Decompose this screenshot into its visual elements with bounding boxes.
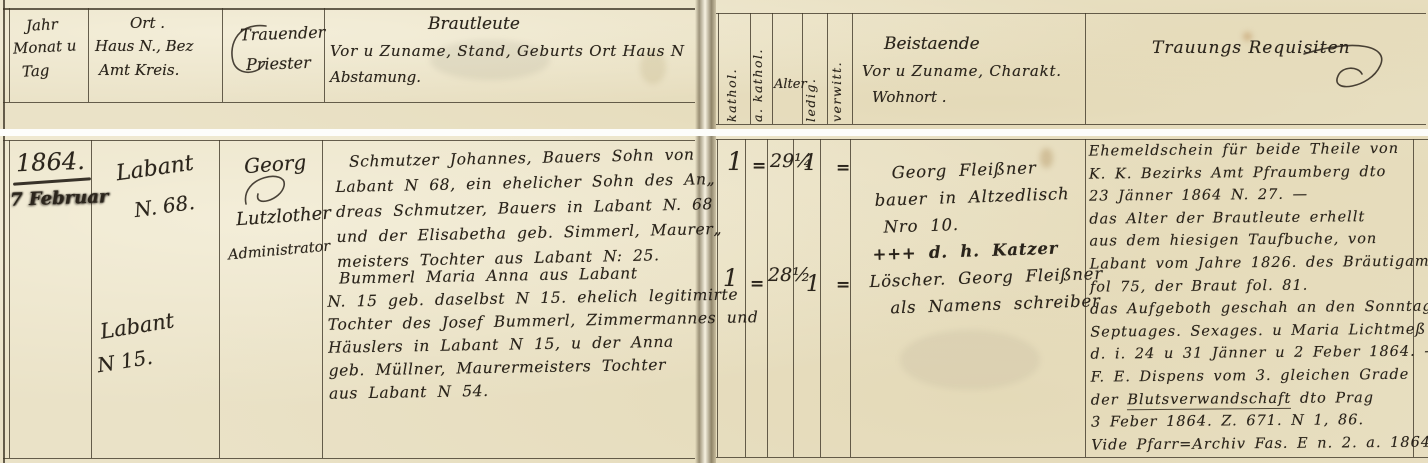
- requisites-line: F. E. Dispens vom 3. gleichen Grade: [1091, 363, 1428, 389]
- requisites-line: 23 Jänner 1864 N. 27. —: [1089, 183, 1428, 209]
- header-couple-title: Brautleute: [428, 16, 520, 33]
- flourish-icon: [1300, 36, 1396, 100]
- table-rule: [88, 8, 89, 102]
- header-witnesses-line2: Wohnort .: [872, 90, 947, 105]
- table-rule: [1085, 13, 1086, 124]
- requisites-line: K. K. Bezirks Amt Pfraumberg dto: [1089, 160, 1428, 186]
- register-scan: Jahr Monat u Tag Ort . Haus N., Bez Amt …: [0, 0, 1428, 463]
- header-place-line2: Haus N., Bez: [95, 39, 193, 54]
- header-couple-line1: Vor u Zuname, Stand, Geburts Ort Haus N: [330, 44, 685, 59]
- requisites-line: aus dem hiesigen Taufbuche, von: [1089, 228, 1428, 254]
- requisites-line: Labant vom Jahre 1826. des Bräutigams: [1090, 250, 1428, 276]
- header-priest-line1: Trauender: [240, 25, 326, 44]
- header-ledig: ledig.: [803, 52, 818, 122]
- table-rule: [718, 13, 719, 124]
- groom-verwittwet-mark: =: [836, 160, 850, 177]
- entry-year: 1864.: [16, 149, 86, 175]
- bride-ledig-mark: 1: [806, 274, 820, 296]
- table-rule: [3, 8, 695, 10]
- requisites-line: das Aufgeboth geschah an den Sonntagen: [1090, 296, 1428, 322]
- table-rule: [716, 13, 1426, 14]
- requisites-entry: Ehemeldschein für beide Theile von K. K.…: [1089, 137, 1428, 456]
- table-rule: [3, 458, 695, 459]
- requisites-line: d. i. 24 u 31 Jänner u 2 Feber 1864. —: [1090, 341, 1428, 367]
- header-akatholisch: a. kathol.: [750, 28, 765, 122]
- header-date-line3: Tag: [22, 63, 50, 79]
- header-witnesses-line1: Vor u Zuname, Charakt.: [862, 64, 1062, 79]
- requisites-line: das Alter der Brautleute erhellt: [1089, 205, 1428, 231]
- table-rule: [219, 140, 220, 458]
- paper-stain: [900, 330, 1040, 390]
- table-rule: [716, 457, 1428, 458]
- requisites-line: 3 Feber 1864. Z. 671. N 1, 86.: [1091, 409, 1428, 435]
- entry-day: 7 Februar: [10, 188, 109, 209]
- header-date-line1: Jahr: [26, 17, 59, 34]
- table-rule: [850, 139, 851, 457]
- requisites-line: Ehemeldschein für beide Theile von: [1089, 137, 1428, 163]
- groom-akatholisch-mark: =: [752, 158, 766, 175]
- witnesses-entry: Georg Fleißner bauer in Altzedlisch Nro …: [869, 152, 1104, 322]
- table-rule: [827, 13, 828, 124]
- header-date-line2: Monat u: [13, 38, 77, 56]
- header-witnesses-title: Beistaende: [884, 36, 980, 53]
- table-rule: [772, 13, 773, 124]
- table-rule: [3, 0, 5, 129]
- bride-akatholisch-mark: =: [750, 276, 764, 293]
- header-couple-line2: Abstamung.: [330, 70, 421, 85]
- table-rule: [322, 140, 323, 458]
- bride-age: 28½: [768, 266, 811, 285]
- groom-entry: Schmutzer Johannes, Bauers Sohn von Laba…: [335, 142, 723, 275]
- table-rule: [793, 139, 794, 457]
- table-rule: [9, 8, 10, 102]
- header-verwittwet: verwitt.: [829, 38, 844, 122]
- requisites-line: fol 75, der Braut fol. 81.: [1090, 273, 1428, 299]
- requisites-line: Vide Pfarr=Archiv Fas. E n. 2. a. 1864.: [1091, 431, 1428, 457]
- table-rule: [716, 124, 1426, 125]
- table-rule: [3, 140, 695, 141]
- bride-entry: Bummerl Maria Anna aus Labant N. 15 geb.…: [327, 260, 760, 405]
- header-place-line3: Amt Kreis.: [99, 63, 179, 78]
- requisites-line: Septuages. Sexages. u Maria Lichtmeß: [1090, 318, 1428, 344]
- table-rule: [852, 13, 853, 124]
- requisites-line-pre: der: [1091, 392, 1128, 408]
- requisites-line-post: dto Prag: [1291, 390, 1374, 407]
- bride-katholisch-mark: 1: [723, 266, 738, 290]
- header-place-line1: Ort .: [130, 16, 165, 31]
- groom-katholisch-mark: 1: [727, 149, 743, 174]
- table-rule: [9, 140, 10, 458]
- header-katholisch: kathol.: [724, 36, 739, 122]
- header-alter: Alter: [774, 78, 807, 91]
- table-rule: [767, 139, 768, 457]
- page-gutter: [695, 0, 716, 129]
- table-rule: [3, 102, 695, 103]
- requisites-underlined-word: Blutsverwandschaft: [1127, 390, 1291, 409]
- header-priest-line2: Priester: [246, 55, 311, 73]
- table-rule: [3, 136, 5, 463]
- table-rule: [222, 8, 223, 102]
- groom-ledig-mark: 1: [803, 153, 817, 175]
- requisites-line-underlined: der Blutsverwandschaft dto Prag: [1091, 386, 1428, 412]
- bride-verwittwet-mark: =: [836, 277, 850, 294]
- table-rule: [820, 139, 821, 457]
